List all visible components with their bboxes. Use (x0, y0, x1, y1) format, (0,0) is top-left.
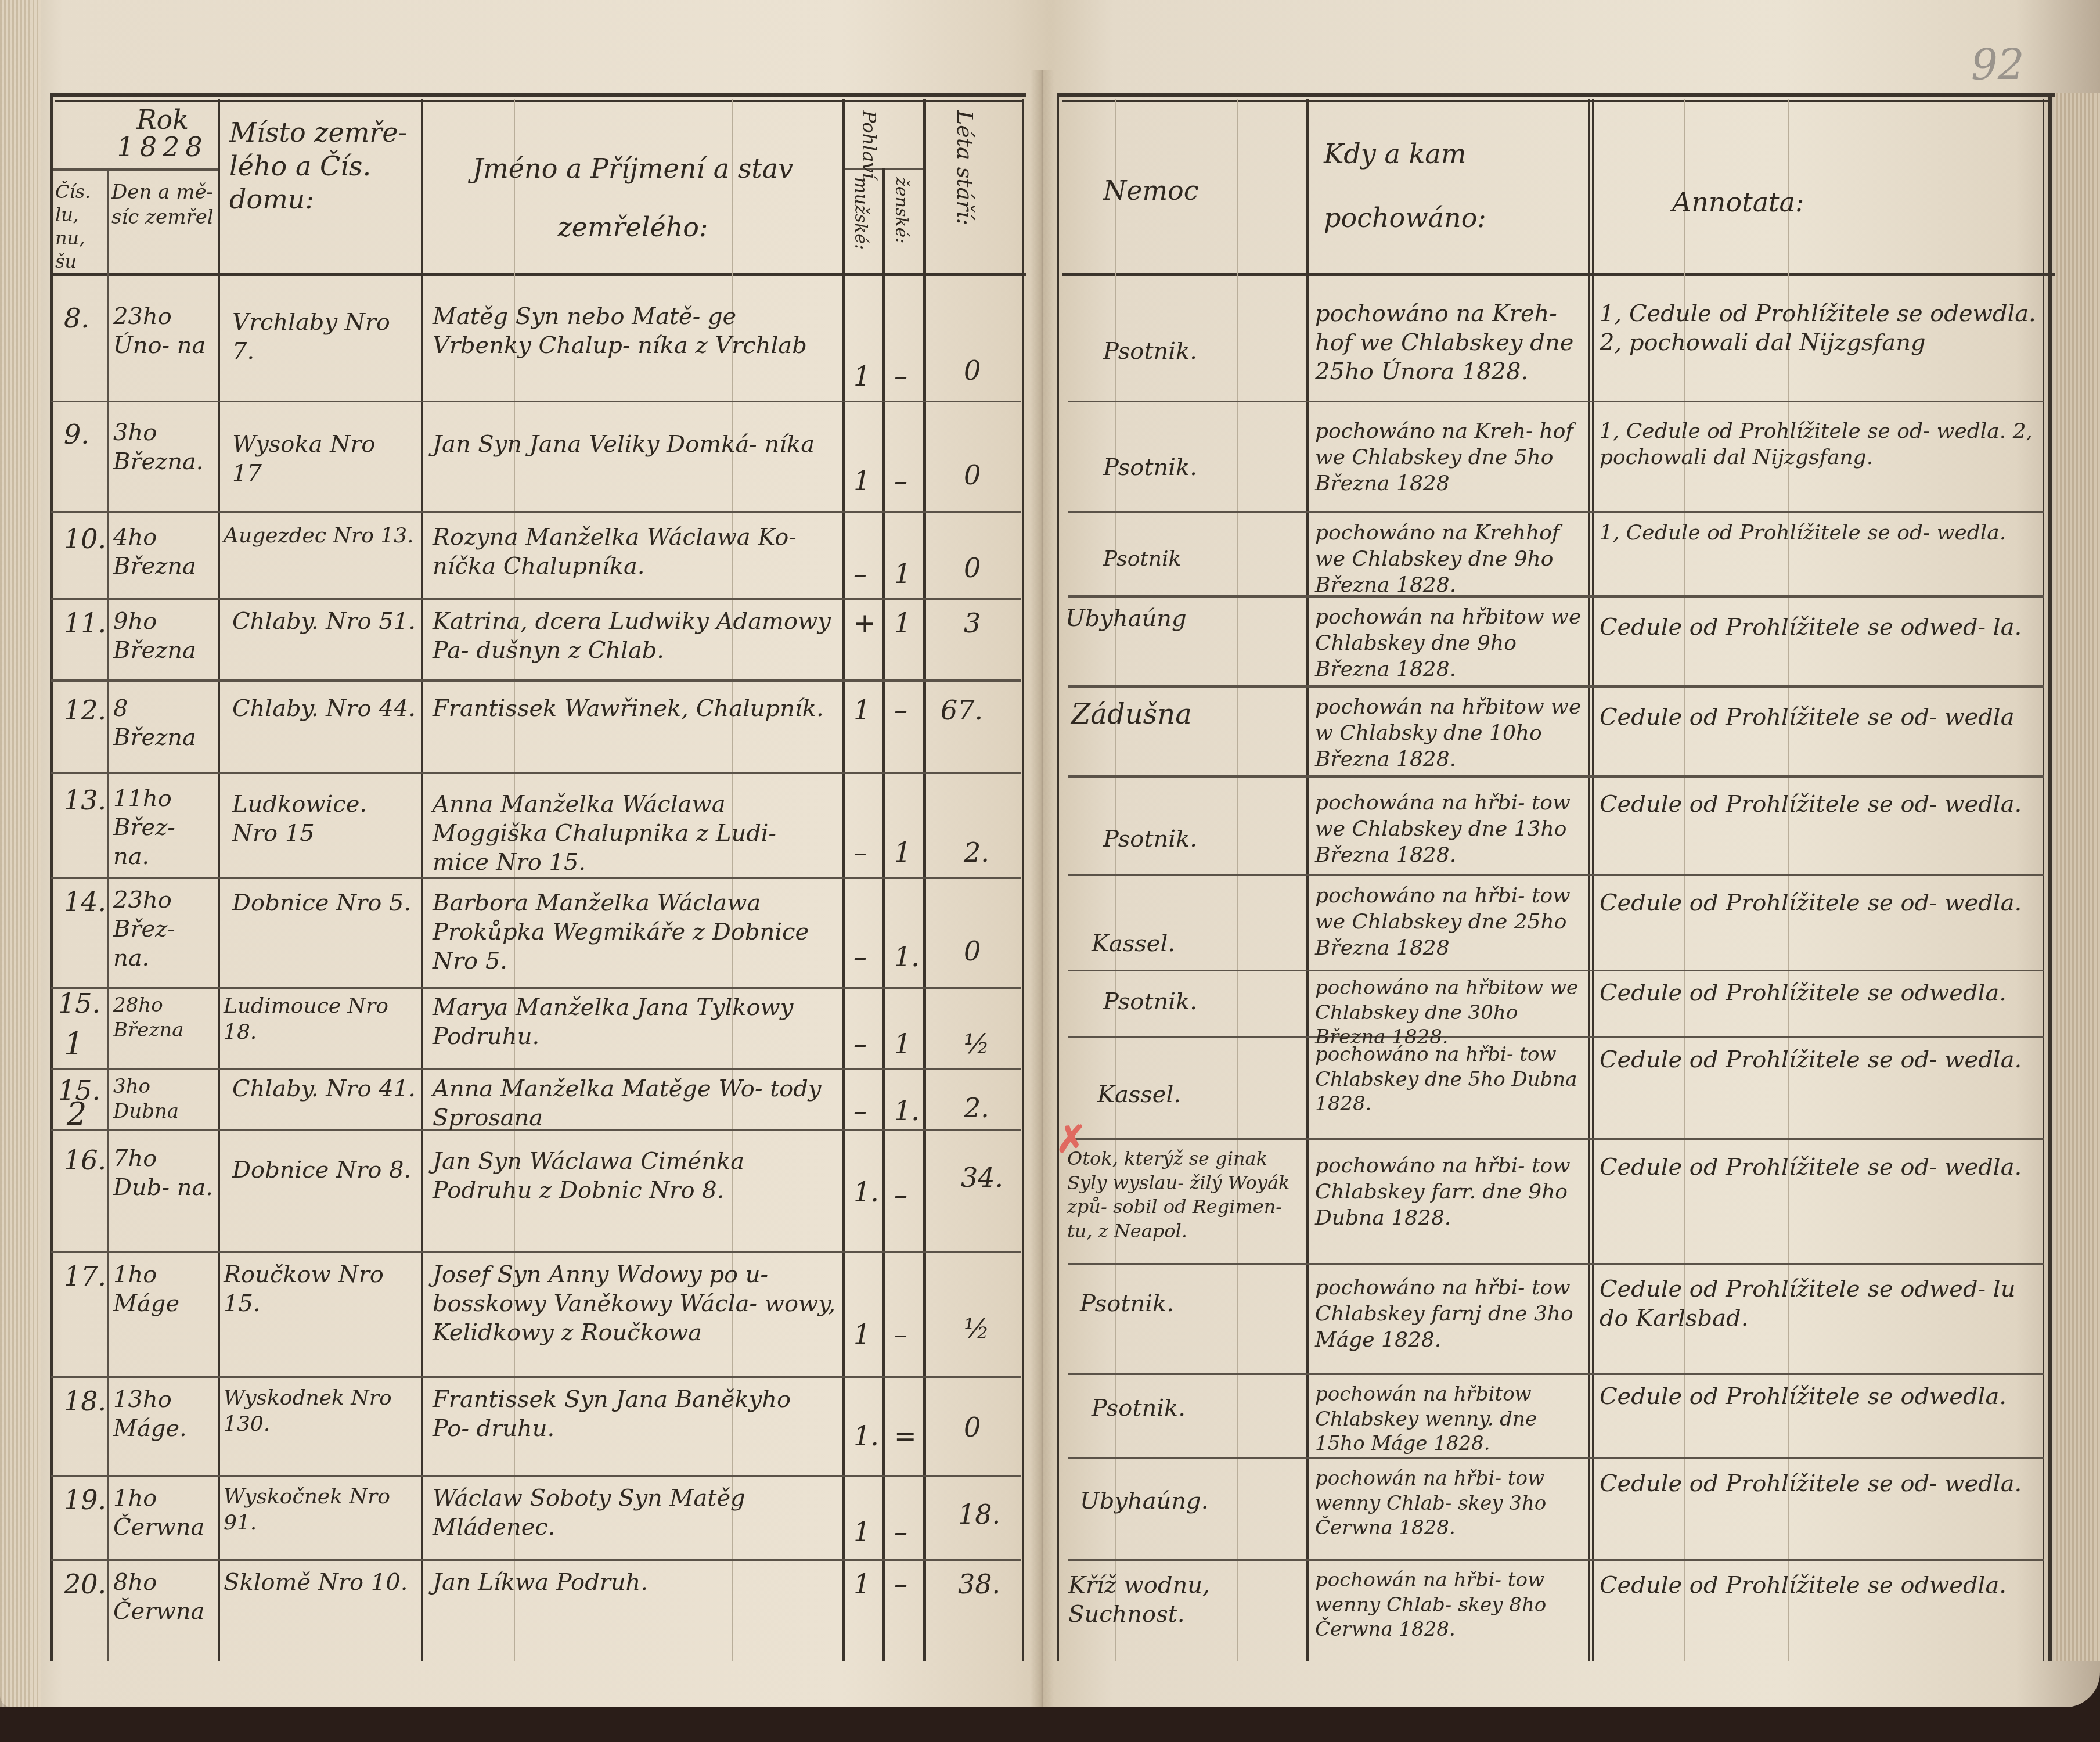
entry-number: 16. (64, 1144, 106, 1178)
entry-name: Rozyna Manželka Wáclawa Ko- níčka Chalup… (433, 523, 833, 581)
register-book: 92 Rok (0, 0, 2100, 1707)
entry-date: 23ho Úno- na (113, 302, 215, 360)
entry-age: 0 (964, 552, 981, 585)
entry-age: 2. (964, 836, 989, 870)
entry-disease: Psotnik. (1103, 453, 1295, 482)
entry-male: 1 (853, 1318, 870, 1352)
entry-place: Roučkow Nro 15. (224, 1260, 421, 1318)
entry-name: Jan Líkwa Podruh. (433, 1568, 833, 1597)
entry-buried: pochowáno na hřbitow we Chlabskey dne 30… (1315, 976, 1585, 1050)
entry-age: 18. (958, 1498, 1000, 1532)
entry-number: 8. (64, 302, 89, 336)
entry-annotata: Cedule od Prohlížitele se od- wedla. (1600, 790, 2041, 819)
entry-number-correction: 1 (64, 1025, 84, 1064)
entry-name: Wáclaw Soboty Syn Matěg Mládenec. (433, 1484, 833, 1542)
entry-buried: pochowáno na Kreh- hof we Chlabskey dne … (1315, 418, 1585, 496)
entry-place: Sklomě Nro 10. (224, 1568, 421, 1597)
entry-place: Augezdec Nro 13. (224, 523, 421, 549)
entry-number: 11. (64, 607, 106, 640)
entry-date: 13ho Máge. (113, 1385, 215, 1443)
entry-female: 1. (894, 941, 920, 974)
entry-annotata: 1, Cedule od Prohlížitele se odewdla. 2,… (1600, 299, 2041, 357)
entry-place: Dobnice Nro 5. (232, 888, 418, 917)
entry-age: 3 (964, 607, 981, 640)
entry-female: – (894, 465, 907, 498)
entry-date: 3ho Března. (113, 418, 215, 476)
entry-annotata: Cedule od Prohlížitele se odwed- la. (1600, 613, 2041, 642)
entry-buried: pochowáno na Kreh- hof we Chlabskey dne … (1315, 299, 1585, 386)
header-name: Jméno a Příjmení a stav zemřelého: (464, 139, 801, 257)
page-stack-left-edge (0, 0, 41, 1707)
entry-disease: Psotnik. (1092, 1394, 1295, 1423)
entry-place: Chlaby. Nro 41. (232, 1074, 418, 1103)
entry-male: – (853, 1028, 867, 1061)
header-sex: Pohlaví (858, 110, 880, 168)
entry-buried: pochowáno na hřbi- tow we Chlabskey dne … (1315, 883, 1585, 961)
header-male: mužské: (851, 177, 871, 270)
entry-name: Marya Manželka Jana Tylkowy Podruhu. (433, 993, 833, 1051)
entry-annotata: Cedule od Prohlížitele se odwedla. (1600, 1571, 2041, 1600)
entry-female: – (894, 1568, 907, 1601)
entry-disease: Ubyhaúng (1065, 604, 1298, 633)
entry-date: 8ho Čerwna (113, 1568, 215, 1626)
header-annotata: Annotata: (1672, 186, 1904, 219)
entry-place: Dobnice Nro 8. (232, 1156, 418, 1185)
entry-annotata: Cedule od Prohlížitele se od- wedla. (1600, 888, 2041, 917)
entry-number: 17. (64, 1260, 106, 1294)
entry-name: Frantissek Wawřinek, Chalupník. (433, 694, 833, 723)
entry-buried: pochowáno na hřbi- tow Chlabskey farnj d… (1315, 1275, 1585, 1353)
entry-disease: Kassel. (1097, 1080, 1295, 1109)
entry-buried: pochowáno na hřbi- tow Chlabskey dne 5ho… (1315, 1042, 1585, 1117)
entry-number: 18. (64, 1385, 106, 1419)
entry-male: 1 (853, 465, 870, 498)
page-number: 92 (1971, 41, 2025, 89)
entry-female: = (894, 1420, 917, 1453)
entry-place: Ludkowice. Nro 15 (232, 790, 418, 848)
entry-female: 1 (894, 1028, 911, 1061)
entry-annotata: Cedule od Prohlížitele se od- wedla. (1600, 1153, 2041, 1182)
entry-female: 1 (894, 607, 911, 640)
entry-age: ½ (964, 1028, 990, 1061)
entry-name: Katrina, dcera Ludwiky Adamowy Pa- dušny… (433, 607, 833, 665)
entry-name: Matěg Syn nebo Matě- ge Vrbenky Chalup- … (433, 302, 833, 360)
header-female: ženské: (891, 177, 912, 270)
header-disease: Nemoc (1103, 174, 1277, 208)
entry-place: Wyskodnek Nro 130. (224, 1385, 421, 1437)
entry-disease: Psotnik. (1103, 987, 1295, 1016)
entry-male: – (853, 836, 867, 870)
entry-male: 1 (853, 1516, 870, 1549)
book-gutter (1031, 70, 1054, 1707)
entry-male: + (853, 607, 876, 640)
entry-age: 34. (961, 1161, 1003, 1195)
entry-annotata: 1, Cedule od Prohlížitele se od- wedla. (1600, 520, 2041, 546)
entry-date: 23ho Břez- na. (113, 886, 215, 973)
entry-date: 9ho Března (113, 607, 215, 665)
entry-annotata: Cedule od Prohlížitele se odwedla. (1600, 978, 2041, 1007)
entry-date: 4ho Března (113, 523, 215, 581)
page-stack-right-edge (2054, 93, 2100, 1661)
entry-male: 1. (853, 1176, 879, 1210)
header-age: Léta stáří: (952, 110, 978, 267)
entry-male: 1 (853, 694, 870, 728)
entry-annotata: 1, Cedule od Prohlížitele se od- wedla. … (1600, 418, 2041, 470)
entry-female: 1. (894, 1095, 920, 1128)
entry-place: Chlaby. Nro 51. (232, 607, 418, 636)
entry-buried: pochowán na hřbitow we w Chlabsky dne 10… (1315, 694, 1585, 772)
entry-disease: Ubyhaúng. (1080, 1487, 1295, 1516)
header-date: Den a mě- síc zemřel (111, 180, 216, 229)
entry-buried: pochowána na hřbi- tow we Chlabskey dne … (1315, 790, 1585, 868)
entry-number-correction: 2 (67, 1095, 87, 1134)
entry-female: – (894, 360, 907, 394)
entry-age: ½ (964, 1312, 990, 1346)
entry-name: Frantissek Syn Jana Baněkyho Po- druhu. (433, 1385, 833, 1443)
entry-date: 28ho Března (113, 993, 215, 1042)
entry-number: 12. (64, 694, 106, 728)
entry-name: Barbora Manželka Wáclawa Prokůpka Wegmik… (433, 888, 833, 976)
entry-female: – (894, 1318, 907, 1352)
entry-buried: pochowáno na Krehhof we Chlabskey dne 9h… (1315, 520, 1585, 598)
entry-number: 9. (64, 418, 89, 452)
entry-date: 3ho Dubna (113, 1074, 215, 1124)
entry-number: 20. (64, 1568, 106, 1601)
entry-number: 13. (64, 784, 106, 818)
entry-place: Ludimouce Nro 18. (224, 993, 421, 1045)
entry-disease: Otok, kterýž se ginak Syly wyslau- žilý … (1067, 1147, 1305, 1243)
entry-age: 0 (964, 459, 981, 492)
entry-annotata: Cedule od Prohlížitele se od- wedla. (1600, 1045, 2041, 1074)
entry-male: 1. (853, 1420, 879, 1453)
entry-date: 11ho Břez- na. (113, 784, 215, 871)
entry-annotata: Cedule od Prohlížitele se odwedla. (1600, 1382, 2041, 1411)
entry-name: Anna Manželka Matěge Wo- tody Sprosana (433, 1074, 833, 1132)
entry-date: 1ho Čerwna (113, 1484, 215, 1542)
entry-number: 19. (64, 1484, 106, 1517)
entry-place: Vrchlaby Nro 7. (232, 308, 406, 366)
entry-annotata: Cedule od Prohlížitele se odwed- lu do K… (1600, 1275, 2041, 1333)
entry-place: Wyskočnek Nro 91. (224, 1484, 421, 1536)
entry-female: 1 (894, 836, 911, 870)
entry-age: 0 (964, 935, 981, 969)
entry-buried: pochowán na hřbitow we Chlabskey dne 9ho… (1315, 604, 1585, 682)
entry-age: 0 (964, 354, 981, 388)
entry-place: Wysoka Nro 17 (232, 430, 406, 488)
entry-buried: pochowáno na hřbi- tow Chlabskey farr. d… (1315, 1153, 1585, 1231)
entry-male: – (853, 941, 867, 974)
entry-female: – (894, 1516, 907, 1549)
entry-age: 2. (964, 1092, 989, 1125)
entry-disease: Kassel. (1092, 929, 1295, 958)
year: 1828 (113, 131, 212, 164)
entry-age: 0 (964, 1411, 981, 1445)
entry-number: 10. (64, 523, 106, 556)
entry-male: – (853, 557, 867, 591)
header-number: Čís. lu, nu, šu (55, 180, 105, 273)
entry-annotata: Cedule od Prohlížitele se od- wedla. (1600, 1469, 2041, 1498)
header-buried: Kdy a kam pochowáno: (1324, 122, 1568, 250)
entry-buried: pochowán na hřbi- tow wenny Chlab- skey … (1315, 1466, 1585, 1541)
entry-name: Jan Syn Wáclawa Ciménka Podruhu z Dobnic… (433, 1147, 833, 1205)
entry-annotata: Cedule od Prohlížitele se od- wedla (1600, 703, 2041, 732)
entry-male: 1 (853, 1568, 870, 1601)
entry-buried: pochowán na hřbitow Chlabskey wenny. dne… (1315, 1382, 1585, 1456)
entry-name: Anna Manželka Wáclawa Moggiška Chalupnik… (433, 790, 833, 877)
entry-date: 1ho Máge (113, 1260, 215, 1318)
entry-name: Josef Syn Anny Wdowy po u- bosskowy Vaně… (433, 1260, 839, 1347)
entry-place: Chlaby. Nro 44. (232, 694, 418, 723)
entry-disease: Psotnik. (1103, 825, 1295, 854)
entry-disease: Psotnik. (1080, 1289, 1295, 1318)
entry-number: 15. (58, 987, 100, 1021)
entry-name: Jan Syn Jana Veliky Domká- níka (433, 430, 833, 459)
entry-age: 38. (958, 1568, 1000, 1601)
entry-disease: Psotnik (1103, 546, 1295, 572)
entry-disease: Zádušna (1071, 697, 1298, 732)
header-place: Místo zemře- lého a Čís. domu: (229, 116, 415, 217)
entry-male: 1 (853, 360, 870, 394)
entry-date: 7ho Dub- na. (113, 1144, 215, 1202)
entry-disease: Psotnik. (1103, 337, 1295, 366)
entry-disease: Kříž wodnu, Suchnost. (1068, 1571, 1295, 1629)
entry-female: – (894, 1179, 907, 1212)
entry-buried: pochowán na hřbi- tow wenny Chlab- skey … (1315, 1568, 1585, 1642)
entry-female: 1 (894, 557, 911, 591)
entry-number: 14. (64, 886, 106, 919)
entry-date: 8 Března (113, 694, 215, 752)
entry-male: – (853, 1095, 867, 1128)
entry-female: – (894, 694, 907, 728)
entry-age: 67. (941, 694, 983, 728)
